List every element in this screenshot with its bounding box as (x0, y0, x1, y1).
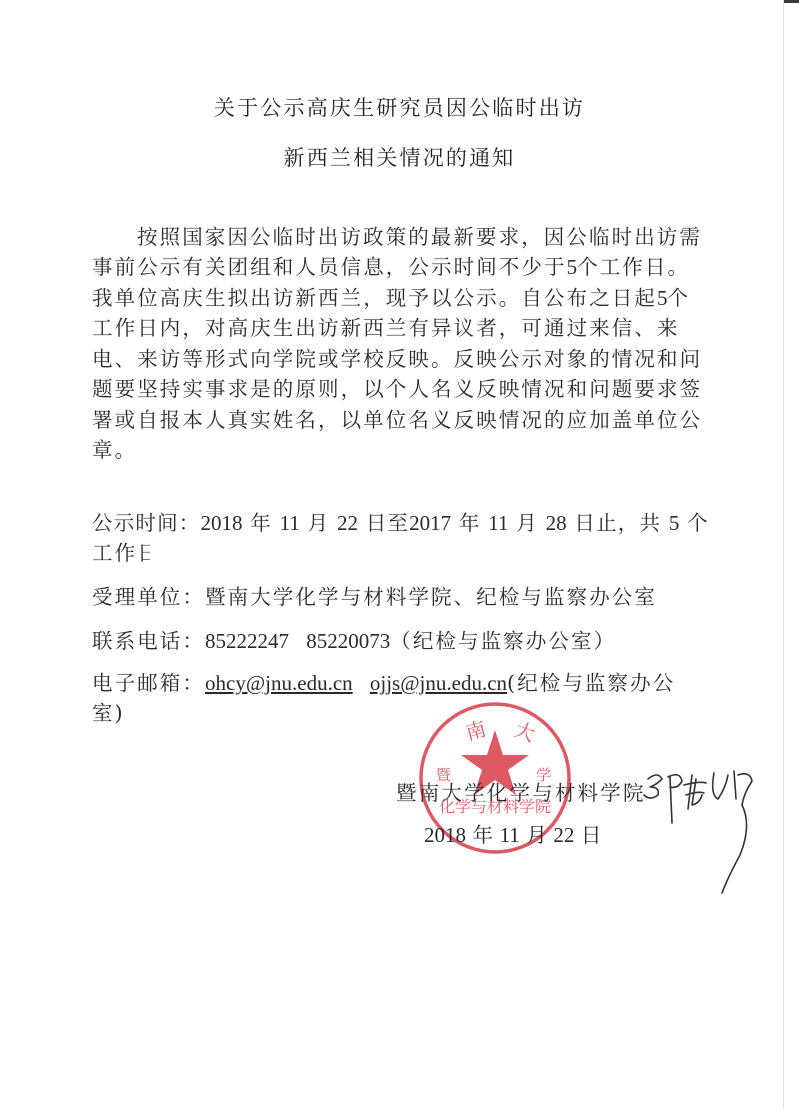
handwritten-signature-icon (640, 765, 765, 897)
stamp-top-char-2: 大 (511, 717, 538, 746)
email-label: 电子邮箱： (92, 671, 205, 695)
signature-unit: 暨南大学化学与材料学院 (396, 776, 646, 806)
handling-unit-line: 受理单位：暨南大学化学与材料学院、纪检与监察办公室 (92, 580, 657, 610)
workday-count: 5 (669, 511, 680, 535)
body-line-1: 按照国家因公临时出访政策的最新要求，因公临时出访需 (137, 220, 702, 250)
start-month: 11 (280, 511, 300, 535)
continuation-text: 工作 (92, 541, 137, 565)
handling-unit-value: 暨南大学化学与材料学院、纪检与监察办公室 (205, 585, 657, 609)
end-month: 11 (488, 511, 508, 535)
month-char: 月 (308, 511, 330, 535)
email-link-1[interactable]: ohcy@jnu.edu.cn (205, 671, 353, 695)
sig-day-char: 日 (581, 823, 602, 847)
month-char: 月 (516, 511, 538, 535)
body-line-8: 章。 (92, 433, 137, 463)
body-line-2-tail: 个工作日。 (577, 255, 690, 279)
period-suffix: 日止，共 (574, 511, 661, 535)
body-line-3-tail: 个 (668, 286, 691, 310)
stamp-top-char-1: 南 (463, 716, 489, 744)
body-line-4: 工作日内，对高庆生出访新西兰有异议者，可通过来信、来 (92, 311, 680, 341)
scan-corner-mark (784, 0, 799, 3)
start-day: 22 (337, 511, 358, 535)
sig-month: 11 (500, 823, 520, 847)
publicity-period-line: 公示时间：2018 年 11 月 22 日至2017 年 11 月 28 日止，… (92, 506, 709, 536)
period-unit: 个 (687, 511, 709, 535)
body-line-3-number: 5 (657, 286, 668, 310)
body-line-2: 事前公示有关团组和人员信息，公示时间不少于5个工作日。 (92, 250, 690, 280)
phone-number-2: 85220073 (306, 629, 390, 653)
document-title-line-2: 新西兰相关情况的通知 (0, 142, 799, 172)
email-note-line-1: (纪检与监察办公 (507, 671, 675, 695)
signature-date: 2018 年 11 月 22 日 (424, 818, 601, 848)
sig-year-char: 年 (473, 823, 494, 847)
document-title-line-1: 关于公示高庆生研究员因公临时出访 (0, 92, 799, 122)
sig-month-char: 月 (526, 823, 547, 847)
phone-number-1: 85222247 (205, 629, 289, 653)
body-line-3: 我单位高庆生拟出访新西兰，现予以公示。自公布之日起5个 (92, 281, 690, 311)
contact-phone-line: 联系电话：85222247 85220073（纪检与监察办公室） (92, 624, 616, 654)
year-char: 年 (459, 511, 481, 535)
contact-phone-note: （纪检与监察办公室） (390, 629, 616, 653)
body-line-6: 题要坚持实事求是的原则，以个人名义反映情况和问题要求签 (92, 372, 702, 402)
contact-phone-label: 联系电话： (92, 629, 205, 653)
year-char: 年 (250, 511, 272, 535)
handling-unit-label: 受理单位： (92, 585, 205, 609)
publicity-period-continuation: 工作日 (92, 536, 150, 566)
body-line-3-text: 我单位高庆生拟出访新西兰，现予以公示。自公布之日起 (92, 286, 657, 310)
body-line-7: 署或自报本人真实姓名，以单位名义反映情况的应加盖单位公 (92, 403, 702, 433)
clipped-char: 日 (137, 536, 150, 566)
body-line-2-text: 事前公示有关团组和人员信息，公示时间不少于 (92, 255, 567, 279)
publicity-period-label: 公示时间： (92, 511, 201, 535)
body-line-2-number: 5 (567, 255, 578, 279)
email-line: 电子邮箱：ohcy@jnu.edu.cn ojjs@jnu.edu.cn(纪检与… (92, 666, 675, 696)
email-note-line-2: 室) (92, 696, 125, 726)
start-year: 2018 (201, 511, 243, 535)
body-line-5: 电、来访等形式向学院或学校反映。反映公示对象的情况和问 (92, 342, 702, 372)
day-to-chars: 日至 (366, 511, 409, 535)
end-day: 28 (546, 511, 567, 535)
end-year: 2017 (409, 511, 451, 535)
email-link-2[interactable]: ojjs@jnu.edu.cn (370, 671, 507, 695)
sig-year: 2018 (424, 823, 466, 847)
sig-day: 22 (553, 823, 574, 847)
